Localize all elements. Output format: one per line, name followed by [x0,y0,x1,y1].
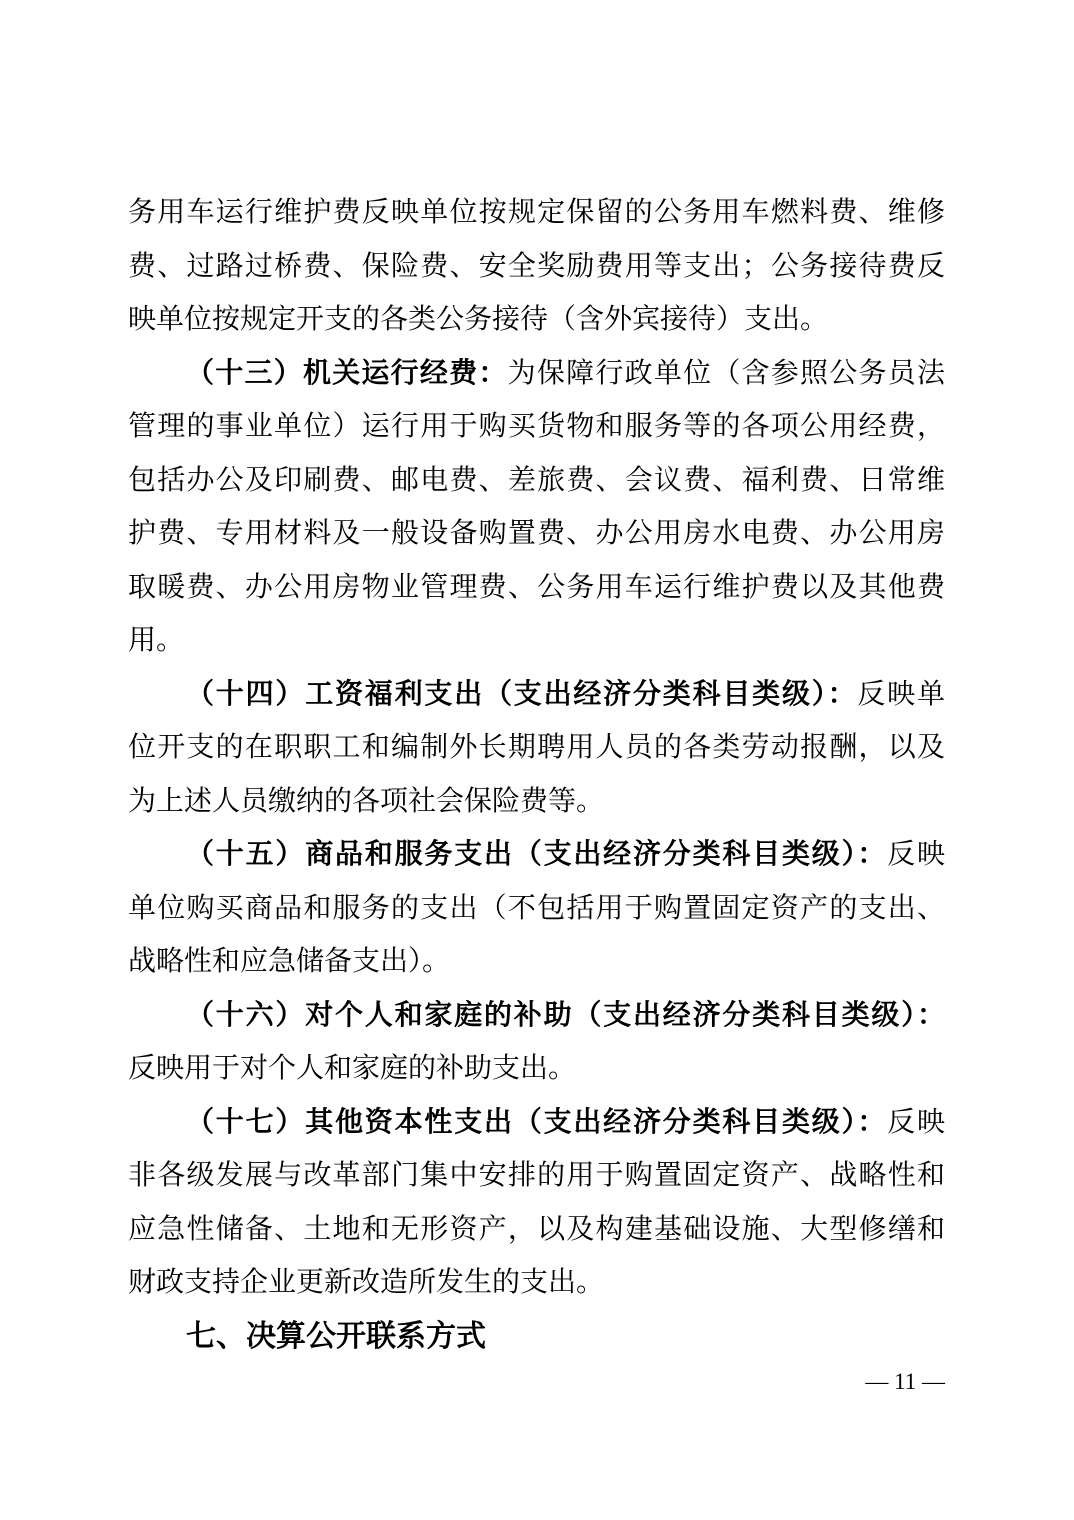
text-line: 务用车运行维护费反映单位按规定保留的公务用车燃料费、维修 [128,186,945,240]
text-run: 非各级发展与改革部门集中安排的用于购置固定资产、战略性和 [128,1160,945,1191]
text-run: 为保障行政单位（含参照公务员法 [508,358,945,389]
text-line: 用。 [128,614,945,668]
text-line: 为上述人员缴纳的各项社会保险费等。 [128,775,945,829]
text-run: 应急性储备、土地和无形资产，以及构建基础设施、大型修缮和 [128,1214,945,1245]
text-line: （十三）机关运行经费：为保障行政单位（含参照公务员法 [128,347,945,401]
text-line: 财政支持企业更新改造所发生的支出。 [128,1256,945,1310]
text-run: 战略性和应急储备支出）。 [128,946,450,977]
text-run: 财政支持企业更新改造所发生的支出。 [128,1267,604,1298]
text-line: （十七）其他资本性支出（支出经济分类科目类级）：反映 [128,1096,945,1150]
section-heading: 七、决算公开联系方式 [128,1310,945,1364]
text-run: 取暖费、办公用房物业管理费、公务用车运行维护费以及其他费 [128,572,945,603]
body-lines: 务用车运行维护费反映单位按规定保留的公务用车燃料费、维修费、过路过桥费、保险费、… [128,186,945,1310]
bold-run: （十三）机关运行经费： [186,358,508,389]
text-run: 反映单 [857,679,945,710]
bold-run: （十七）其他资本性支出（支出经济分类科目类级）： [186,1107,887,1138]
text-line: 位开支的在职职工和编制外长期聘用人员的各类劳动报酬，以及 [128,721,945,775]
text-run: 为上述人员缴纳的各项社会保险费等。 [128,786,604,817]
text-run: 单位购买商品和服务的支出（不包括用于购置固定资产的支出、 [128,893,945,924]
text-run: 费、过路过桥费、保险费、安全奖励费用等支出；公务接待费反 [128,251,945,282]
text-line: （十四）工资福利支出（支出经济分类科目类级）：反映单 [128,668,945,722]
text-run: 反映 [887,1107,945,1138]
bold-run: （十四）工资福利支出（支出经济分类科目类级）： [186,679,857,710]
text-line: 单位购买商品和服务的支出（不包括用于购置固定资产的支出、 [128,882,945,936]
text-line: 反映用于对个人和家庭的补助支出。 [128,1042,945,1096]
text-run: 反映用于对个人和家庭的补助支出。 [128,1053,576,1084]
text-line: （十五）商品和服务支出（支出经济分类科目类级）：反映 [128,828,945,882]
text-line: 包括办公及印刷费、邮电费、差旅费、会议费、福利费、日常维 [128,454,945,508]
text-line: 取暖费、办公用房物业管理费、公务用车运行维护费以及其他费 [128,561,945,615]
text-line: 映单位按规定开支的各类公务接待（含外宾接待）支出。 [128,293,945,347]
text-run: 务用车运行维护费反映单位按规定保留的公务用车燃料费、维修 [128,197,945,228]
page-number: — 11 — [865,1368,945,1396]
text-content: 务用车运行维护费反映单位按规定保留的公务用车燃料费、维修费、过路过桥费、保险费、… [128,186,945,1363]
text-run: 映单位按规定开支的各类公务接待（含外宾接待）支出。 [128,304,828,335]
text-line: 管理的事业单位）运行用于购买货物和服务等的各项公用经费， [128,400,945,454]
text-line: 非各级发展与改革部门集中安排的用于购置固定资产、战略性和 [128,1149,945,1203]
text-line: 应急性储备、土地和无形资产，以及构建基础设施、大型修缮和 [128,1203,945,1257]
text-line: 战略性和应急储备支出）。 [128,935,945,989]
text-run: 用。 [128,625,184,656]
text-run: 护费、专用材料及一般设备购置费、办公用房水电费、办公用房 [128,518,945,549]
text-run: 位开支的在职职工和编制外长期聘用人员的各类劳动报酬，以及 [128,732,945,763]
text-run: 管理的事业单位）运行用于购买货物和服务等的各项公用经费， [128,411,945,442]
bold-run: （十六）对个人和家庭的补助（支出经济分类科目类级）： [186,1000,945,1031]
text-line: 费、过路过桥费、保险费、安全奖励费用等支出；公务接待费反 [128,240,945,294]
text-run: 反映 [887,839,945,870]
bold-run: （十五）商品和服务支出（支出经济分类科目类级）： [186,839,887,870]
text-run: 包括办公及印刷费、邮电费、差旅费、会议费、福利费、日常维 [128,465,945,496]
document-page: 务用车运行维护费反映单位按规定保留的公务用车燃料费、维修费、过路过桥费、保险费、… [0,0,1074,1520]
text-line: 护费、专用材料及一般设备购置费、办公用房水电费、办公用房 [128,507,945,561]
text-line: （十六）对个人和家庭的补助（支出经济分类科目类级）： [128,989,945,1043]
